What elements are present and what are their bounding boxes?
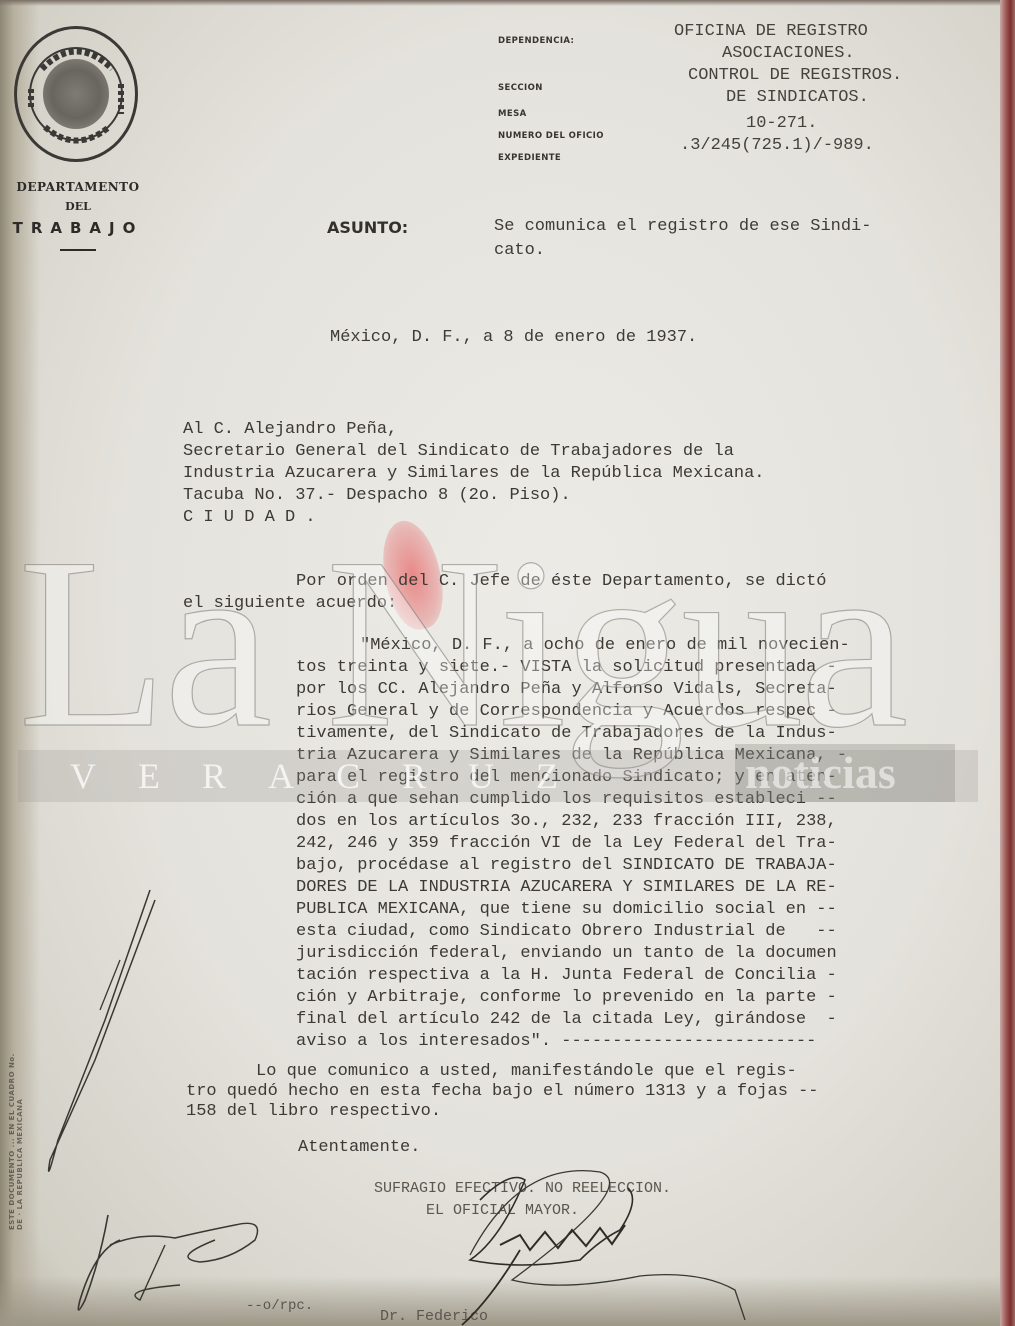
department-heading: DEPARTAMENTO DEL TRABAJO bbox=[8, 180, 148, 251]
watermark-noticias: noticias bbox=[745, 746, 896, 799]
reference-initials: --o/rpc. bbox=[246, 1298, 313, 1314]
agreement-line: 242, 246 y 359 fracción VI de la Ley Fed… bbox=[296, 834, 837, 853]
agreement-line: tación respectiva a la H. Junta Federal … bbox=[296, 966, 837, 985]
federal-seal-icon bbox=[14, 26, 138, 162]
addressee-line4: Tacuba No. 37.- Despacho 8 (2o. Piso). bbox=[183, 486, 571, 505]
agreement-line: dos en los artículos 3o., 232, 233 fracc… bbox=[296, 812, 837, 831]
closing-line3: 158 del libro respectivo. bbox=[186, 1102, 441, 1121]
asunto-line1: Se comunica el registro de ese Sindi- bbox=[494, 216, 871, 237]
numero-oficio-value: 10-271. bbox=[746, 114, 817, 133]
addressee-line2: Secretario General del Sindicato de Trab… bbox=[183, 442, 734, 461]
agreement-line: ción y Arbitraje, conforme lo prevenido … bbox=[296, 988, 837, 1007]
agreement-line: final del artículo 242 de la citada Ley,… bbox=[296, 1010, 837, 1029]
watermark-logo: La Nigua bbox=[18, 520, 904, 765]
agreement-line: bajo, procédase al registro del SINDICAT… bbox=[296, 856, 837, 875]
addressee-line3: Industria Azucarera y Similares de la Re… bbox=[183, 464, 765, 483]
frame-top-edge bbox=[0, 0, 1015, 6]
signatory-name: Dr. Federico bbox=[380, 1308, 488, 1325]
frame-right-edge bbox=[1000, 0, 1015, 1326]
atentamente: Atentamente. bbox=[298, 1138, 420, 1157]
mesa-label: MESA bbox=[498, 109, 527, 119]
date-line: México, D. F., a 8 de enero de 1937. bbox=[330, 327, 697, 348]
agreement-line: PUBLICA MEXICANA, que tiene su domicilio… bbox=[296, 900, 837, 919]
department-rule bbox=[60, 249, 96, 251]
numero-oficio-label: NUMERO DEL OFICIO bbox=[498, 131, 604, 141]
agreement-line: esta ciudad, como Sindicato Obrero Indus… bbox=[296, 922, 837, 941]
watermark-veracruz: VERACRUZ bbox=[70, 755, 600, 797]
addressee-line1: Al C. Alejandro Peña, bbox=[183, 420, 397, 439]
seccion-label: SECCION bbox=[498, 83, 543, 93]
closing-line1: Lo que comunico a usted, manifestándole … bbox=[256, 1062, 797, 1081]
watermark-noticias-box: noticias bbox=[735, 744, 955, 802]
department-line3: TRABAJO bbox=[8, 219, 148, 237]
closing-line2: tro quedó hecho en esta fecha bajo el nú… bbox=[186, 1082, 819, 1101]
seal-ring-icon bbox=[17, 29, 135, 159]
office-line3: CONTROL DE REGISTROS. bbox=[688, 66, 902, 85]
office-line1: OFICINA DE REGISTRO bbox=[674, 22, 868, 41]
department-line2: DEL bbox=[8, 200, 148, 213]
motto: SUFRAGIO EFECTIVO. NO REELECCION. bbox=[374, 1180, 671, 1197]
agreement-line: jurisdicción federal, enviando un tanto … bbox=[296, 944, 837, 963]
office-line4: DE SINDICATOS. bbox=[726, 88, 869, 107]
asunto-line2: cato. bbox=[494, 240, 545, 261]
office-line2: ASOCIACIONES. bbox=[722, 44, 855, 63]
asunto-label: ASUNTO: bbox=[327, 218, 408, 237]
dependencia-label: DEPENDENCIA: bbox=[498, 36, 574, 46]
oficial-mayor-title: EL OFICIAL MAYOR. bbox=[426, 1202, 579, 1219]
department-line1: DEPARTAMENTO bbox=[8, 180, 148, 194]
expediente-value: .3/245(725.1)/-989. bbox=[680, 136, 874, 155]
expediente-label: EXPEDIENTE bbox=[498, 153, 561, 163]
side-margin-note: ESTE DOCUMENTO ... EN EL CUADRO No. DE ·… bbox=[8, 1040, 26, 1230]
paper-bottom-shadow bbox=[0, 1276, 1000, 1326]
agreement-line: DORES DE LA INDUSTRIA AZUCARERA Y SIMILA… bbox=[296, 878, 837, 897]
agreement-line: aviso a los interesados". --------------… bbox=[296, 1032, 816, 1051]
